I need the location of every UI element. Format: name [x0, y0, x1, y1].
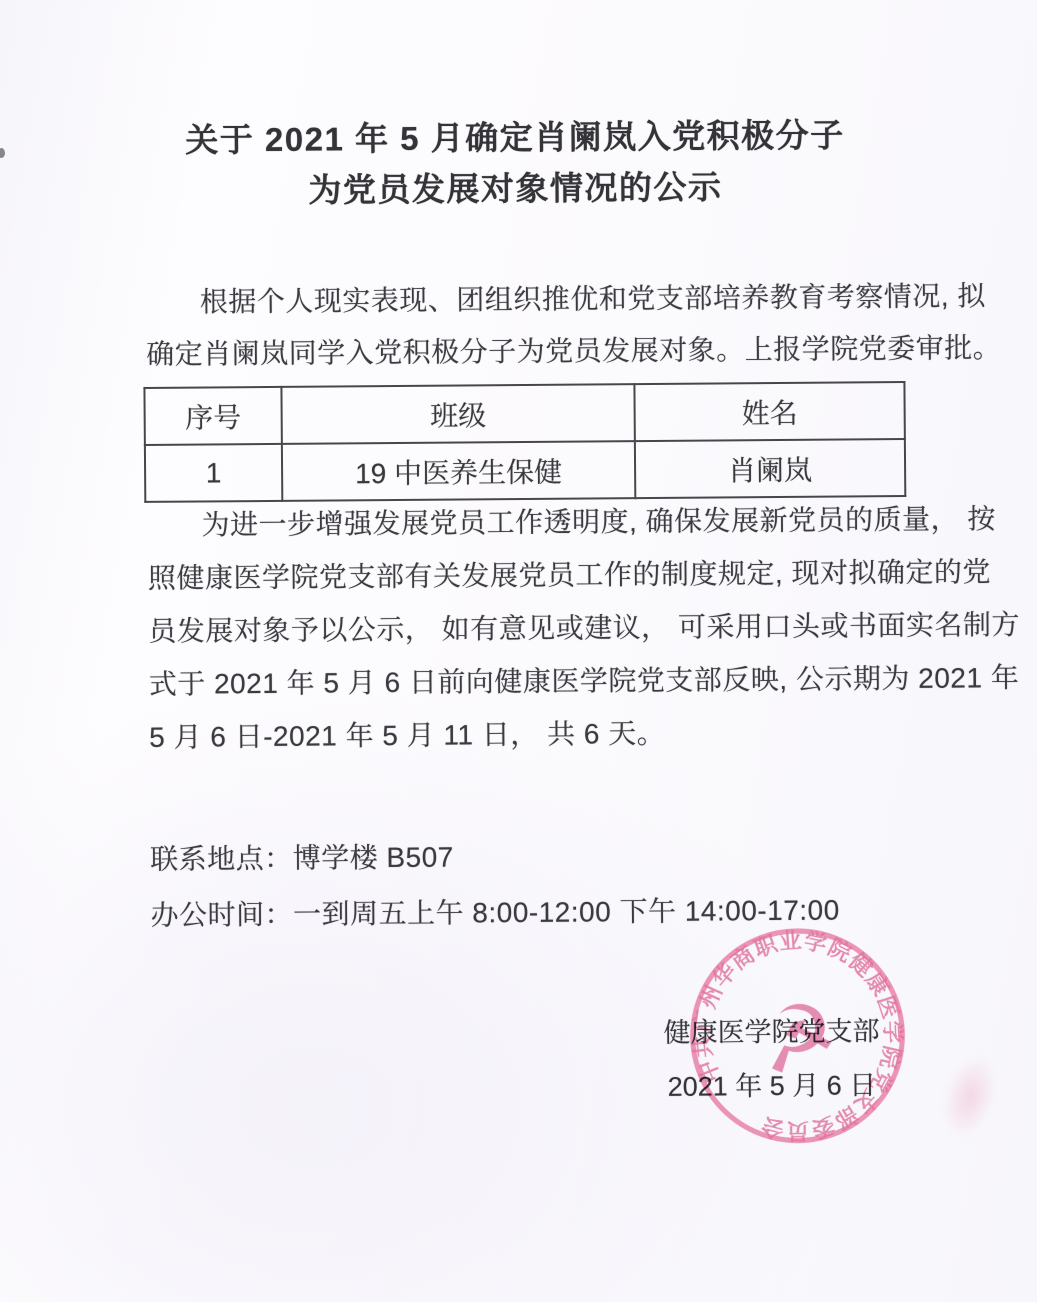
paragraph2-line: 员发展对象予以公示， 如有意见或建议， 可采用口头或书面实名制方: [148, 600, 905, 658]
title-line-1: 关于 2021 年 5 月确定肖阑岚入党积极分子: [0, 108, 1034, 167]
table-header-row: 序号 班级 姓名: [144, 382, 904, 445]
header-cell-class: 班级: [281, 384, 634, 444]
paragraph2-line: 为进一步增强发展党员工作透明度, 确保发展新党员的质量， 按: [147, 494, 904, 552]
document-title: 关于 2021 年 5 月确定肖阑岚入党积极分子 为党员发展对象情况的公示: [0, 108, 1034, 218]
paragraph1-line: 根据个人现实表现、团组织推优和党支部培养教育考察情况, 拟: [146, 271, 903, 329]
table-row: 1 19 中医养生保健 肖阑岚: [145, 439, 905, 502]
title-line-2: 为党员发展对象情况的公示: [0, 159, 1034, 218]
header-cell-number: 序号: [144, 387, 281, 445]
official-seal: 中共广州华商职业学院健康医学院党支部委员会 ☭: [679, 917, 917, 1155]
paragraph2-line: 式于 2021 年 5 月 6 日前向健康医学院党支部反映, 公示期为 2021…: [149, 653, 906, 711]
party-emblem-icon: ☭: [749, 980, 848, 1097]
cell-class: 19 中医养生保健: [282, 441, 635, 501]
contact-location-line: 联系地点：博学楼 B507: [150, 836, 454, 878]
candidate-table: 序号 班级 姓名 1 19 中医养生保健 肖阑岚: [143, 381, 906, 503]
paragraph1-line: 确定肖阑岚同学入党积极分子为党员发展对象。上报学院党委审批。: [146, 323, 903, 381]
cell-number: 1: [145, 444, 282, 502]
paragraph2-line: 照健康医学院党支部有关发展党员工作的制度规定, 现对拟确定的党: [148, 547, 905, 605]
paragraph2-line: 5 月 6 日-2021 年 5 月 11 日， 共 6 天。: [149, 706, 906, 764]
scanned-document-page: 关于 2021 年 5 月确定肖阑岚入党积极分子 为党员发展对象情况的公示 根据…: [0, 0, 1037, 1302]
document-content: 关于 2021 年 5 月确定肖阑岚入党积极分子 为党员发展对象情况的公示 根据…: [0, 0, 1037, 1302]
header-cell-name: 姓名: [634, 382, 904, 441]
cell-name: 肖阑岚: [635, 439, 905, 498]
seal-ink-smudge: [934, 1049, 1005, 1144]
